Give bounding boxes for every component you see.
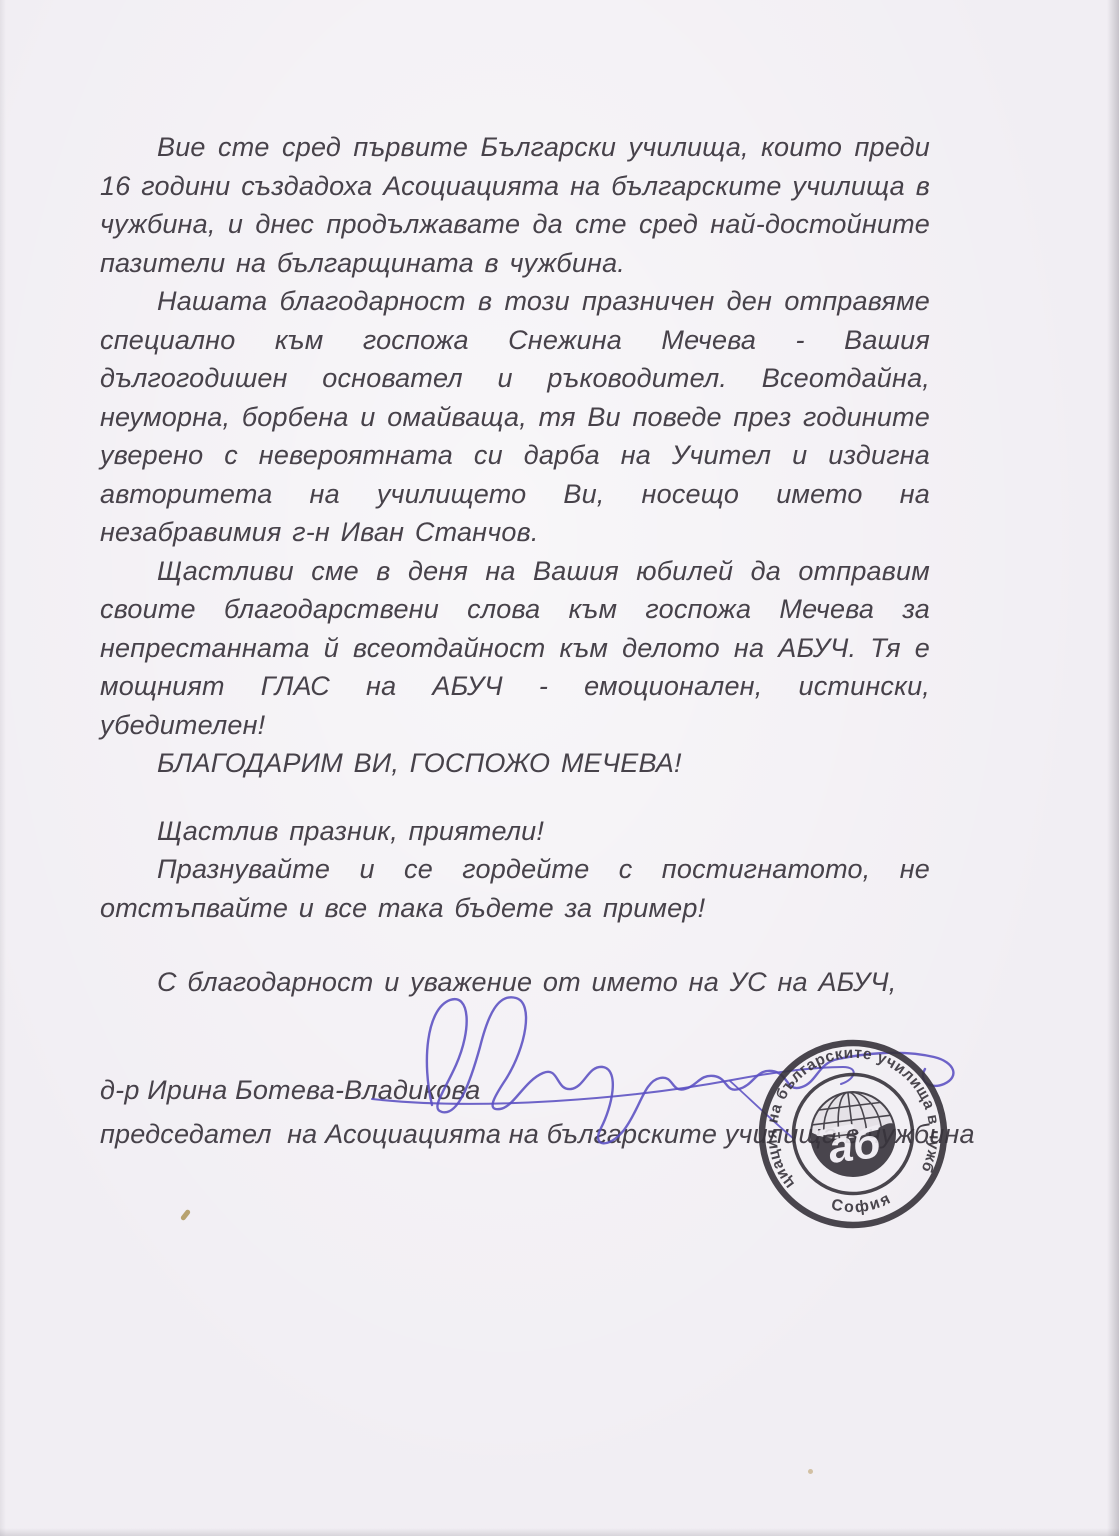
association-stamp: Асоциация на българските училища в чужби… — [733, 1014, 973, 1254]
acclamation-line: БЛАГОДАРИМ ВИ, ГОСПОЖО МЕЧЕВА! — [100, 744, 930, 783]
paragraph-2: Нашата благодарност в този празничен ден… — [100, 282, 930, 552]
paragraph-3: Щастливи сме в деня на Вашия юбилей да о… — [100, 552, 930, 745]
paper-speck — [180, 1209, 191, 1222]
stamp-monogram: аб — [826, 1118, 885, 1173]
globe-icon: аб — [806, 1087, 900, 1181]
paper-speck-small — [808, 1469, 813, 1474]
scanned-letter-page: Вие сте сред първите Български училища, … — [0, 0, 1119, 1536]
paragraph-1: Вие сте сред първите Български училища, … — [100, 128, 930, 282]
letter-body: Вие сте сред първите Български училища, … — [100, 128, 930, 1002]
wish-line-1: Щастлив празник, приятели! — [100, 812, 930, 851]
wish-line-2: Празнувайте и се гордейте с постигнатото… — [100, 850, 930, 927]
